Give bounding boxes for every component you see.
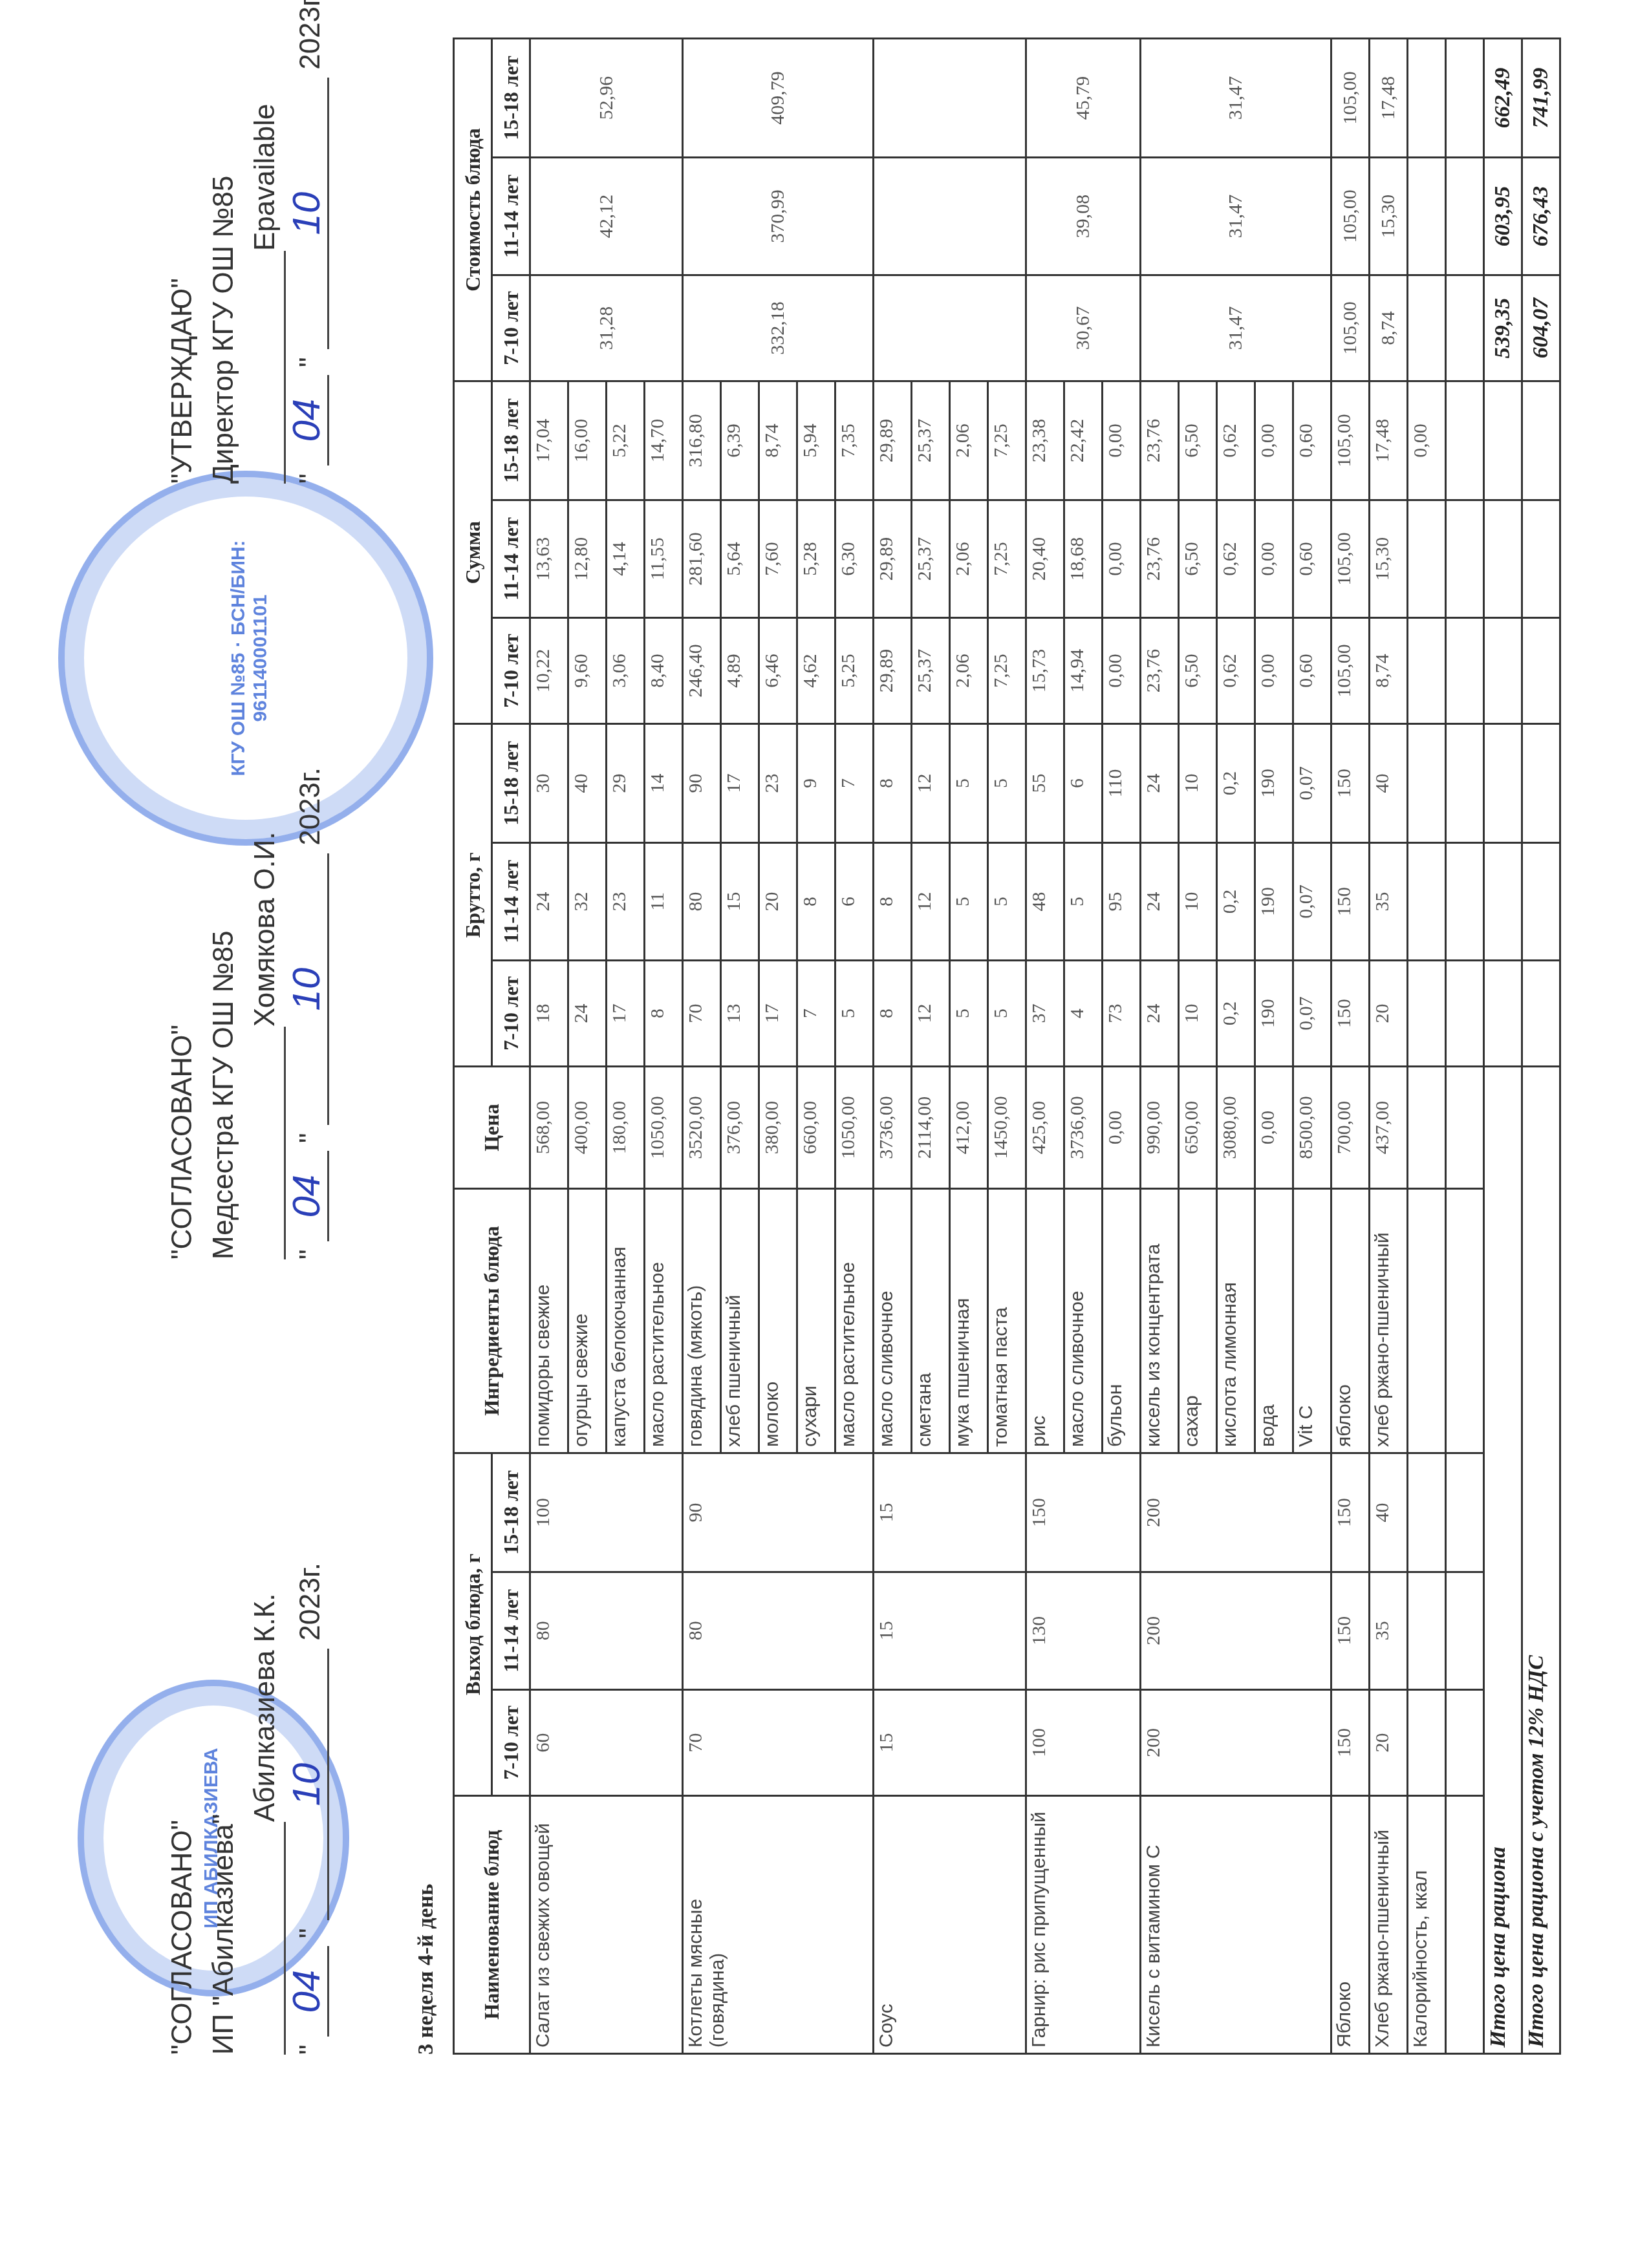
total-value: 662,49 [1484, 39, 1522, 158]
empty-cell [1522, 960, 1560, 1066]
empty-cell [1408, 39, 1446, 158]
ingredient-name: помидоры свежие [530, 1189, 568, 1453]
approval-day: 04 [286, 1151, 329, 1241]
sum-value: 25,37 [912, 381, 950, 500]
yield-value: 90 [683, 1453, 874, 1572]
brutto-value: 11 [645, 843, 683, 961]
signature-line [258, 1027, 286, 1259]
sum-value: 0,62 [1217, 617, 1255, 723]
brutto-value: 95 [1103, 843, 1141, 961]
age-header-row: 7-10 лет11-14 лет15-18 лет7-10 лет11-14 … [492, 39, 530, 2054]
brutto-value: 150 [1331, 724, 1370, 843]
sum-value: 6,46 [759, 617, 797, 723]
sum-value: 14,94 [1064, 617, 1103, 723]
header-brutto: Брутто, г [454, 724, 492, 1067]
dish-name: Яблоко [1331, 1796, 1370, 2054]
brutto-value: 5 [950, 843, 988, 961]
header-cost-age: 11-14 лет [492, 158, 530, 275]
ingredient-price: 1450,00 [988, 1067, 1026, 1189]
calorie-label: Калорийность, ккал [1408, 1796, 1446, 2054]
brutto-value: 17 [721, 724, 759, 843]
total-value: 603,95 [1484, 158, 1522, 275]
table-row: Соус151515масло сливочное3736,0088829,89… [874, 39, 912, 2054]
brutto-value: 150 [1331, 843, 1370, 961]
sum-value: 8,74 [1370, 617, 1408, 723]
dish-cost: 8,74 [1370, 275, 1408, 381]
brutto-value: 17 [607, 960, 645, 1066]
brutto-value: 15 [721, 843, 759, 961]
dish-name: Хлеб ржано-пшеничный [1370, 1796, 1408, 2054]
brutto-value: 8 [874, 960, 912, 1066]
dish-cost: 31,28 [530, 275, 683, 381]
yield-value: 15 [874, 1572, 1026, 1689]
brutto-value: 0,2 [1217, 724, 1255, 843]
header-sum-age: 7-10 лет [492, 617, 530, 723]
dish-cost [874, 39, 1026, 158]
brutto-value: 110 [1103, 724, 1141, 843]
brutto-value: 5 [950, 960, 988, 1066]
sum-value: 0,00 [1255, 500, 1293, 618]
empty-cell [1446, 1067, 1484, 1189]
sum-value: 7,25 [988, 381, 1026, 500]
dish-cost: 105,00 [1331, 39, 1370, 158]
empty-cell [1484, 960, 1522, 1066]
ingredient-price: 437,00 [1370, 1067, 1408, 1189]
brutto-value: 190 [1255, 724, 1293, 843]
ingredient-price: 650,00 [1179, 1067, 1217, 1189]
brutto-value: 13 [721, 960, 759, 1066]
empty-cell [1408, 1453, 1446, 1572]
dish-cost: 45,79 [1026, 39, 1141, 158]
brutto-value: 40 [568, 724, 607, 843]
sum-value: 16,00 [568, 381, 607, 500]
sum-value: 25,37 [912, 617, 950, 723]
dish-cost: 31,47 [1141, 158, 1331, 275]
yield-value: 150 [1331, 1572, 1370, 1689]
brutto-value: 150 [1331, 960, 1370, 1066]
sum-value: 105,00 [1331, 381, 1370, 500]
ingredient-name: яблоко [1331, 1189, 1370, 1453]
ingredient-price: 568,00 [530, 1067, 568, 1189]
sum-value: 0,60 [1293, 381, 1331, 500]
empty-cell [1408, 960, 1446, 1066]
table-row: Котлеты мясные (говядина)708090говядина … [683, 39, 721, 2054]
sum-value: 2,06 [950, 381, 988, 500]
table-row: Яблоко150150150яблоко700,00150150150105,… [1331, 39, 1370, 2054]
brutto-value: 12 [912, 843, 950, 961]
brutto-value: 7 [835, 724, 874, 843]
approval-month: 10 [286, 78, 329, 349]
header-cost-age: 15-18 лет [492, 39, 530, 158]
empty-cell [1408, 1067, 1446, 1189]
empty-cell [1446, 500, 1484, 618]
sum-value: 3,06 [607, 617, 645, 723]
header-yield-age: 11-14 лет [492, 1572, 530, 1689]
yield-value: 200 [1141, 1453, 1331, 1572]
brutto-value: 23 [759, 724, 797, 843]
brutto-value: 0,2 [1217, 960, 1255, 1066]
empty-cell [1446, 843, 1484, 961]
brutto-value: 10 [1179, 724, 1217, 843]
ingredient-price: 8500,00 [1293, 1067, 1331, 1189]
ingredient-price: 376,00 [721, 1067, 759, 1189]
header-sum-age: 15-18 лет [492, 381, 530, 500]
brutto-value: 8 [874, 843, 912, 961]
empty-cell [1408, 1189, 1446, 1453]
ingredient-name: сметана [912, 1189, 950, 1453]
sum-value: 2,06 [950, 617, 988, 723]
brutto-value: 24 [1141, 724, 1179, 843]
dish-name: Салат из свежих овощей [530, 1796, 683, 2054]
ingredient-name: рис [1026, 1189, 1064, 1453]
sum-value: 29,89 [874, 381, 912, 500]
brutto-value: 40 [1370, 724, 1408, 843]
sum-value: 29,89 [874, 617, 912, 723]
approval-title: "УТВЕРЖДАЮ" [162, 0, 203, 484]
ingredient-name: сухари [797, 1189, 835, 1453]
dish-cost: 42,12 [530, 158, 683, 275]
sum-value: 10,22 [530, 617, 568, 723]
brutto-value: 30 [530, 724, 568, 843]
table-row: Кисель с витамином С200200200кисель из к… [1141, 39, 1179, 2054]
menu-table: Наименование блюд Выход блюда, г Ингреди… [453, 37, 1561, 2055]
yield-value: 200 [1141, 1572, 1331, 1689]
brutto-value: 24 [1141, 960, 1179, 1066]
yield-value: 80 [530, 1572, 683, 1689]
yield-value: 100 [530, 1453, 683, 1572]
yield-value: 70 [683, 1689, 874, 1795]
sum-value: 0,62 [1217, 500, 1255, 618]
brutto-value: 80 [683, 843, 721, 961]
brutto-value: 20 [759, 843, 797, 961]
ingredient-price: 3736,00 [1064, 1067, 1103, 1189]
sum-value: 105,00 [1331, 500, 1370, 618]
ingredient-price: 3520,00 [683, 1067, 721, 1189]
total-label: Итого цена рациона с учетом 12% НДС [1522, 1067, 1560, 2054]
dish-cost: 31,47 [1141, 39, 1331, 158]
brutto-value: 12 [912, 724, 950, 843]
dish-cost [874, 275, 1026, 381]
ingredient-price: 3736,00 [874, 1067, 912, 1189]
ingredient-name: кисель из концентрата [1141, 1189, 1179, 1453]
brutto-value: 6 [835, 843, 874, 961]
total-label: Итого цена рациона [1484, 1067, 1522, 2054]
brutto-value: 8 [645, 960, 683, 1066]
ingredient-price: 2114,00 [912, 1067, 950, 1189]
total-value: 741,99 [1522, 39, 1560, 158]
total-value: 604,07 [1522, 275, 1560, 381]
sum-value: 0,00 [1103, 381, 1141, 500]
empty-cell [1484, 500, 1522, 618]
sum-value: 5,64 [721, 500, 759, 618]
header-yield-age: 7-10 лет [492, 1689, 530, 1795]
sum-value: 12,80 [568, 500, 607, 618]
ingredient-price: 180,00 [607, 1067, 645, 1189]
sum-value: 246,40 [683, 617, 721, 723]
approval-name: Ерavailable [249, 104, 281, 251]
empty-cell [1446, 1189, 1484, 1453]
table-row: Хлеб ржано-пшеничный203540хлеб ржано-пше… [1370, 39, 1408, 2054]
ingredient-name: масло растительное [835, 1189, 874, 1453]
sum-value: 0,60 [1293, 500, 1331, 618]
sum-value: 23,76 [1141, 617, 1179, 723]
brutto-value: 35 [1370, 843, 1408, 961]
sum-value: 18,68 [1064, 500, 1103, 618]
yield-value: 20 [1370, 1689, 1408, 1795]
total-value: 539,35 [1484, 275, 1522, 381]
sum-value: 6,30 [835, 500, 874, 618]
sum-value: 15,73 [1026, 617, 1064, 723]
dish-cost: 52,96 [530, 39, 683, 158]
header-yield: Выход блюда, г [454, 1453, 492, 1796]
ingredient-price: 0,00 [1103, 1067, 1141, 1189]
brutto-value: 10 [1179, 960, 1217, 1066]
header-sum: Сумма [454, 381, 492, 724]
brutto-value: 24 [568, 960, 607, 1066]
brutto-value: 37 [1026, 960, 1064, 1066]
ingredient-name: сахар [1179, 1189, 1217, 1453]
approval-month: 10 [286, 853, 329, 1125]
empty-cell [1408, 724, 1446, 843]
approval-title: "СОГЛАСОВАНО" [162, 767, 203, 1259]
approval-day: 04 [286, 375, 329, 465]
dish-cost: 409,79 [683, 39, 874, 158]
brutto-value: 8 [797, 843, 835, 961]
brutto-value: 70 [683, 960, 721, 1066]
brutto-value: 0,07 [1293, 843, 1331, 961]
total-row: Итого цена рациона539,35603,95662,49 [1484, 39, 1522, 2054]
approval-year: 2023г. [294, 1563, 326, 1641]
ingredient-name: кислота лимонная [1217, 1189, 1255, 1453]
brutto-value: 5 [835, 960, 874, 1066]
brutto-value: 14 [645, 724, 683, 843]
approval-org: Директор КГУ ОШ №85 [203, 0, 244, 484]
empty-cell [1446, 39, 1484, 158]
sum-value: 5,94 [797, 381, 835, 500]
approval-day: 04 [286, 1946, 329, 2037]
sum-value: 11,55 [645, 500, 683, 618]
dish-cost: 31,47 [1141, 275, 1331, 381]
yield-value: 40 [1370, 1453, 1408, 1572]
brutto-value: 190 [1255, 843, 1293, 961]
ingredient-price: 700,00 [1331, 1067, 1370, 1189]
table-row: Гарнир: рис припущенный100130150рис425,0… [1026, 39, 1064, 2054]
sum-value: 6,50 [1179, 617, 1217, 723]
sum-value: 23,76 [1141, 500, 1179, 618]
brutto-value: 17 [759, 960, 797, 1066]
sum-value: 0,00 [1103, 500, 1141, 618]
dish-cost: 15,30 [1370, 158, 1408, 275]
empty-cell [1408, 500, 1446, 618]
header-brutto-age: 11-14 лет [492, 843, 530, 961]
sum-value: 7,60 [759, 500, 797, 618]
sum-value: 7,25 [988, 617, 1026, 723]
ingredient-price: 1050,00 [645, 1067, 683, 1189]
ingredient-price: 380,00 [759, 1067, 797, 1189]
sum-value: 22,42 [1064, 381, 1103, 500]
approval-org: ИП "Абилказиева" [203, 1563, 244, 2055]
yield-value: 35 [1370, 1572, 1408, 1689]
sum-value: 8,74 [759, 381, 797, 500]
ingredient-name: хлеб пшеничный [721, 1189, 759, 1453]
dish-name: Гарнир: рис припущенный [1026, 1796, 1141, 2054]
empty-cell [1408, 275, 1446, 381]
sum-value: 2,06 [950, 500, 988, 618]
sum-value: 7,25 [988, 500, 1026, 618]
brutto-value: 12 [912, 960, 950, 1066]
approval-name: Абилказиева К.К. [249, 1593, 281, 1822]
calorie-sum-value: 0,00 [1408, 381, 1446, 500]
empty-cell [1408, 158, 1446, 275]
ingredient-price: 3080,00 [1217, 1067, 1255, 1189]
ingredient-name: Vit C [1293, 1189, 1331, 1453]
approval-year: 2023г. [294, 767, 326, 846]
sum-value: 25,37 [912, 500, 950, 618]
signature-line [258, 251, 286, 484]
empty-cell [1522, 500, 1560, 618]
sum-value: 0,60 [1293, 617, 1331, 723]
empty-cell [1522, 617, 1560, 723]
brutto-value: 190 [1255, 960, 1293, 1066]
brutto-value: 9 [797, 724, 835, 843]
empty-cell [1484, 724, 1522, 843]
dish-cost: 105,00 [1331, 158, 1370, 275]
total-value: 676,43 [1522, 158, 1560, 275]
yield-value: 150 [1026, 1453, 1141, 1572]
sum-value: 29,89 [874, 500, 912, 618]
empty-cell [1446, 1796, 1484, 2054]
sum-value: 23,76 [1141, 381, 1179, 500]
empty-cell [1446, 960, 1484, 1066]
empty-cell [1446, 617, 1484, 723]
brutto-value: 5 [988, 843, 1026, 961]
brutto-value: 18 [530, 960, 568, 1066]
empty-cell [1446, 275, 1484, 381]
ingredient-name: капуста белокочанная [607, 1189, 645, 1453]
ingredient-name: бульон [1103, 1189, 1141, 1453]
empty-cell [1484, 381, 1522, 500]
approval-block-director: "УТВЕРЖДАЮ" Директор КГУ ОШ №85 Ерavaila… [162, 0, 331, 484]
ingredient-price: 1050,00 [835, 1067, 874, 1189]
approval-year: 2023г. [294, 0, 326, 70]
sum-value: 15,30 [1370, 500, 1408, 618]
brutto-value: 23 [607, 843, 645, 961]
signature-line [258, 1822, 286, 2055]
header-dish: Наименование блюд [454, 1796, 530, 2054]
ingredient-name: молоко [759, 1189, 797, 1453]
brutto-value: 5 [988, 724, 1026, 843]
dish-cost: 332,18 [683, 275, 874, 381]
dish-name: Соус [874, 1796, 1026, 2054]
empty-cell [1408, 1689, 1446, 1795]
dish-cost: 30,67 [1026, 275, 1141, 381]
header-price: Цена [454, 1067, 530, 1189]
sum-value: 9,60 [568, 617, 607, 723]
yield-value: 130 [1026, 1572, 1141, 1689]
ingredient-name: огурцы свежие [568, 1189, 607, 1453]
yield-value: 100 [1026, 1689, 1141, 1795]
header-cost: Стоимость блюда [454, 39, 492, 381]
ingredient-price: 425,00 [1026, 1067, 1064, 1189]
brutto-value: 5 [950, 724, 988, 843]
approval-name: Хомякова О.И. [249, 832, 281, 1027]
brutto-value: 20 [1370, 960, 1408, 1066]
dish-cost: 105,00 [1331, 275, 1370, 381]
sum-value: 14,70 [645, 381, 683, 500]
total-row: Итого цена рациона с учетом 12% НДС604,0… [1522, 39, 1560, 2054]
empty-cell [1522, 724, 1560, 843]
sum-value: 8,40 [645, 617, 683, 723]
yield-value: 80 [683, 1572, 874, 1689]
sum-value: 0,00 [1103, 617, 1141, 723]
empty-cell [1446, 158, 1484, 275]
sum-value: 6,50 [1179, 381, 1217, 500]
ingredient-name: хлеб ржано-пшеничный [1370, 1189, 1408, 1453]
brutto-value: 32 [568, 843, 607, 961]
ingredient-name: говядина (мякоть) [683, 1189, 721, 1453]
sum-value: 23,38 [1026, 381, 1064, 500]
brutto-value: 24 [1141, 843, 1179, 961]
sum-value: 6,39 [721, 381, 759, 500]
approval-month: 10 [286, 1649, 329, 1920]
sum-value: 4,14 [607, 500, 645, 618]
brutto-value: 29 [607, 724, 645, 843]
sum-value: 13,63 [530, 500, 568, 618]
empty-cell [1446, 1689, 1484, 1795]
sum-value: 6,50 [1179, 500, 1217, 618]
approval-title: "СОГЛАСОВАНО" [162, 1563, 203, 2055]
brutto-value: 48 [1026, 843, 1064, 961]
dish-cost: 370,99 [683, 158, 874, 275]
empty-cell [1484, 617, 1522, 723]
sum-value: 17,48 [1370, 381, 1408, 500]
ingredient-name: масло растительное [645, 1189, 683, 1453]
dish-cost [874, 158, 1026, 275]
sum-value: 4,62 [797, 617, 835, 723]
sum-value: 20,40 [1026, 500, 1064, 618]
empty-cell [1446, 381, 1484, 500]
ingredient-price: 660,00 [797, 1067, 835, 1189]
header-sum-age: 11-14 лет [492, 500, 530, 618]
brutto-value: 0,07 [1293, 724, 1331, 843]
sum-value: 281,60 [683, 500, 721, 618]
sum-value: 5,25 [835, 617, 874, 723]
ingredient-price: 400,00 [568, 1067, 607, 1189]
brutto-value: 5 [1064, 843, 1103, 961]
empty-cell [1408, 617, 1446, 723]
spacer-row [1446, 39, 1484, 2054]
empty-cell [1446, 1453, 1484, 1572]
sum-value: 5,22 [607, 381, 645, 500]
table-row: Салат из свежих овощей6080100помидоры св… [530, 39, 568, 2054]
empty-cell [1522, 843, 1560, 961]
brutto-value: 6 [1064, 724, 1103, 843]
ingredient-name: масло сливочное [874, 1189, 912, 1453]
dish-name: Кисель с витамином С [1141, 1796, 1331, 2054]
brutto-value: 4 [1064, 960, 1103, 1066]
sum-value: 17,04 [530, 381, 568, 500]
ingredient-price: 412,00 [950, 1067, 988, 1189]
dish-cost: 39,08 [1026, 158, 1141, 275]
sum-value: 4,89 [721, 617, 759, 723]
header-cost-age: 7-10 лет [492, 275, 530, 381]
ingredient-price: 0,00 [1255, 1067, 1293, 1189]
yield-value: 150 [1331, 1689, 1370, 1795]
empty-cell [1446, 724, 1484, 843]
sum-value: 105,00 [1331, 617, 1370, 723]
brutto-value: 0,2 [1217, 843, 1255, 961]
menu-day-subtitle: 3 неделя 4-й день [414, 1884, 438, 2055]
